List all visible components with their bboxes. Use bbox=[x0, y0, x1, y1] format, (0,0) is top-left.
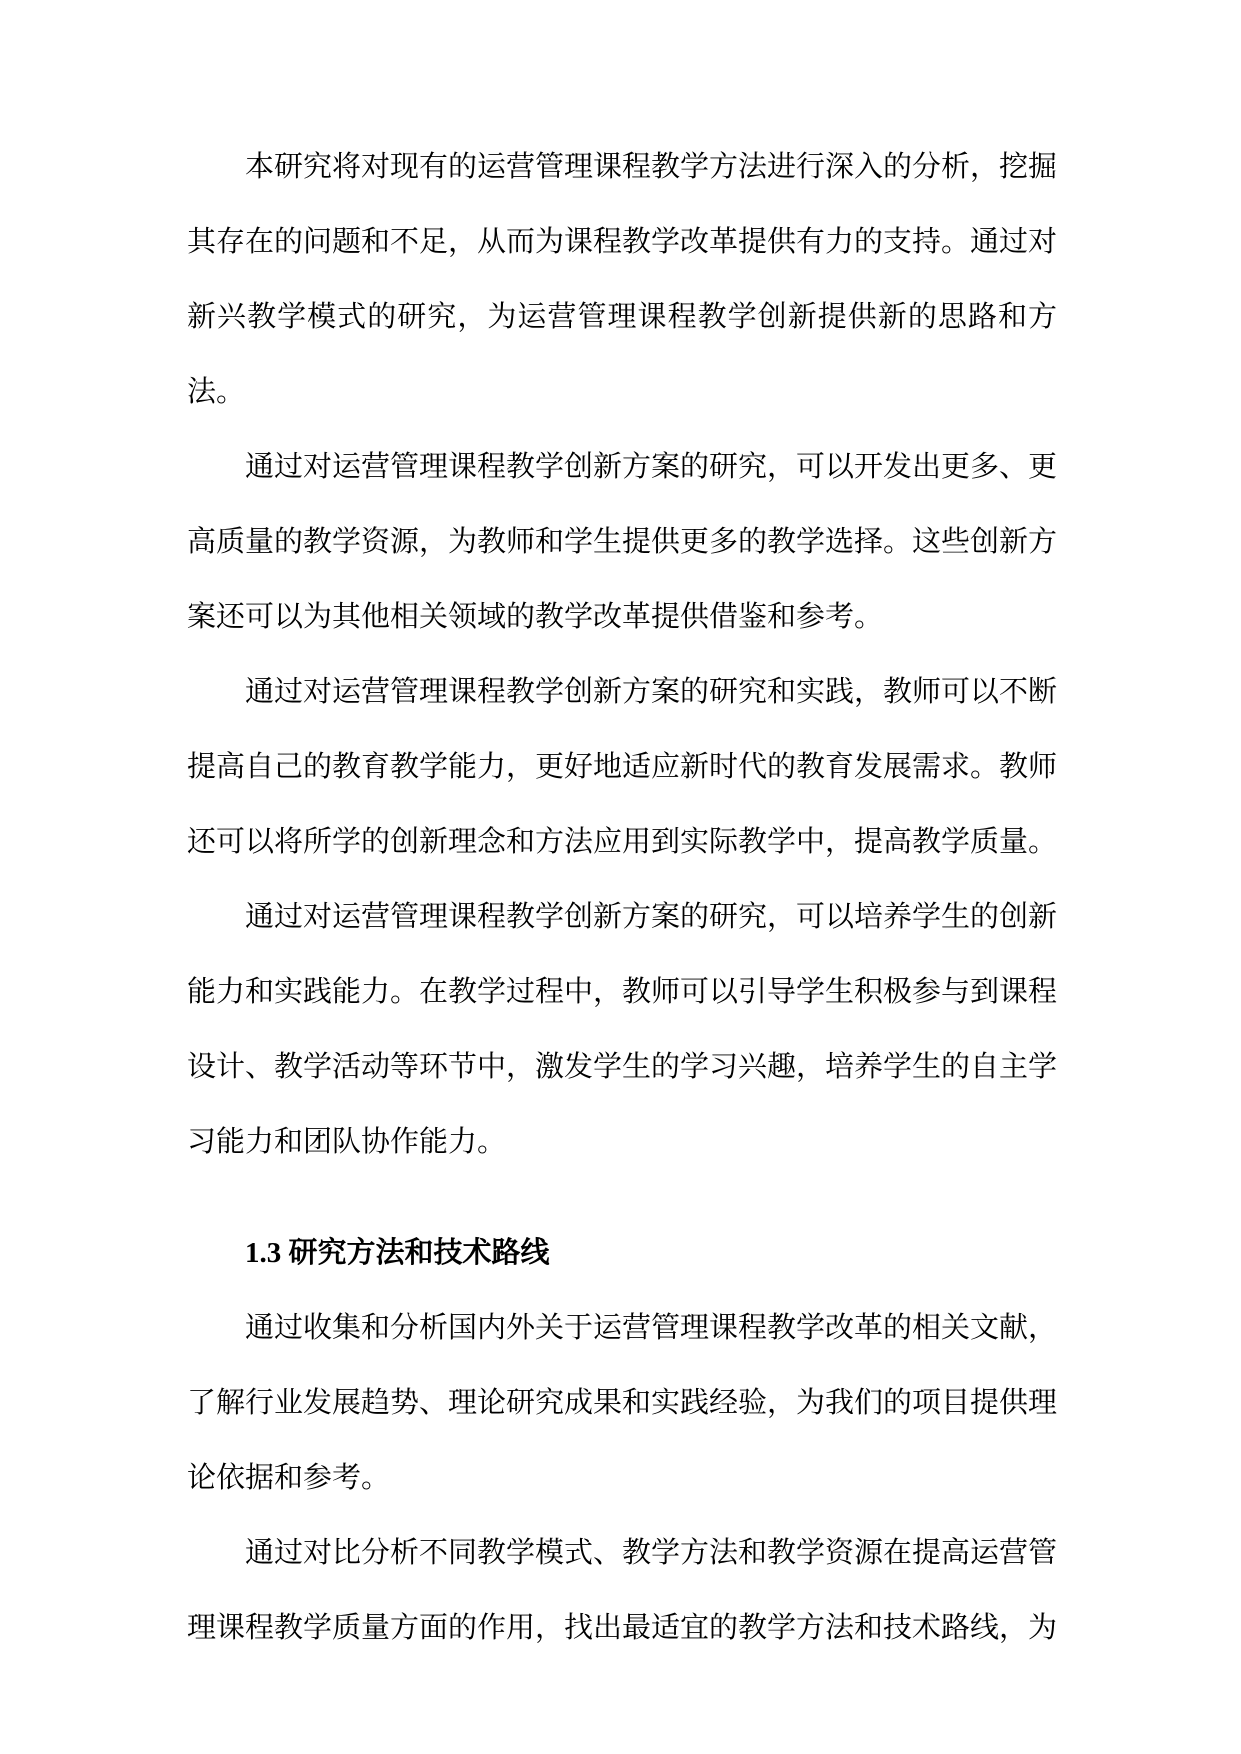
paragraph-research-analysis: 本研究将对现有的运营管理课程教学方法进行深入的分析，挖掘其存在的问题和不足，从而… bbox=[187, 130, 1057, 430]
section-heading-1-3: 1.3 研究方法和技术路线 bbox=[187, 1216, 1057, 1291]
paragraph-teaching-resources: 通过对运营管理课程教学创新方案的研究，可以开发出更多、更高质量的教学资源，为教师… bbox=[187, 430, 1057, 655]
document-page: 本研究将对现有的运营管理课程教学方法进行深入的分析，挖掘其存在的问题和不足，从而… bbox=[0, 0, 1241, 1754]
paragraph-literature-review: 通过收集和分析国内外关于运营管理课程教学改革的相关文献，了解行业发展趋势、理论研… bbox=[187, 1291, 1057, 1516]
document-content: 本研究将对现有的运营管理课程教学方法进行深入的分析，挖掘其存在的问题和不足，从而… bbox=[187, 130, 1057, 1666]
paragraph-teacher-development: 通过对运营管理课程教学创新方案的研究和实践，教师可以不断提高自己的教育教学能力，… bbox=[187, 655, 1057, 880]
paragraph-student-innovation: 通过对运营管理课程教学创新方案的研究，可以培养学生的创新能力和实践能力。在教学过… bbox=[187, 880, 1057, 1180]
paragraph-comparative-analysis: 通过对比分析不同教学模式、教学方法和教学资源在提高运营管理课程教学质量方面的作用… bbox=[187, 1516, 1057, 1666]
